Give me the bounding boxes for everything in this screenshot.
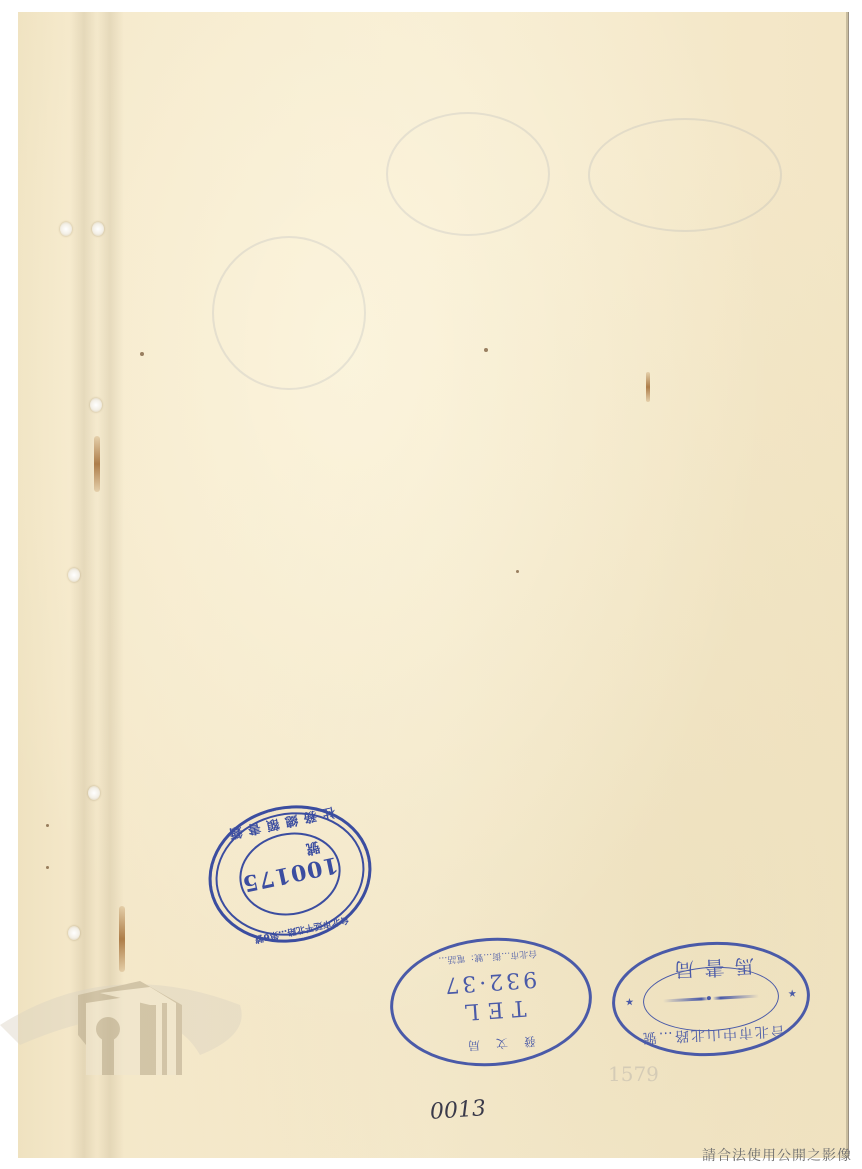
star-icon: ★: [788, 989, 798, 1000]
binding-hole: [90, 398, 102, 412]
binding-hole: [88, 786, 100, 800]
speck: [516, 570, 519, 573]
rust-stain: [646, 372, 650, 402]
speck: [140, 352, 144, 356]
star-icon: ★: [625, 997, 635, 1008]
rust-stain: [119, 906, 125, 972]
binding-hole: [60, 222, 72, 236]
archive-book-keyhole-icon: [0, 965, 250, 1075]
speck: [484, 348, 488, 352]
binding-hole: [68, 568, 80, 582]
bleed-through-number: 1579: [608, 1062, 659, 1086]
bleed-through-stamp: [212, 236, 366, 390]
binding-hole: [68, 926, 80, 940]
bleed-through-stamp: [588, 118, 782, 232]
handwritten-page-number: 0013: [429, 1096, 487, 1125]
usage-notice: 請合法使用公開之影像: [702, 1145, 852, 1165]
rust-stain: [94, 436, 100, 492]
speck: [46, 866, 49, 869]
bleed-through-stamp: [386, 112, 550, 236]
speck: [46, 824, 49, 827]
binding-hole: [92, 222, 104, 236]
